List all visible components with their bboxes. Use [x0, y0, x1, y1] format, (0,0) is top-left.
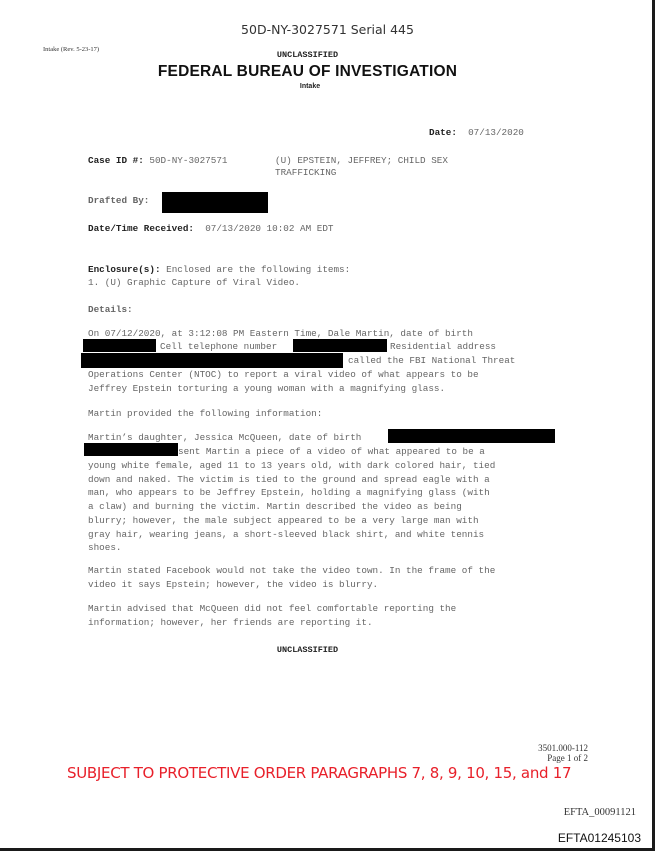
p2: Martin provided the following informatio…	[88, 408, 322, 419]
p4: Martin stated Facebook would not take th…	[88, 564, 568, 591]
enclosure-item: 1. (U) Graphic Capture of Viral Video.	[88, 277, 300, 288]
p5: Martin advised that McQueen did not feel…	[88, 602, 568, 629]
serial-number: 50D-NY-3027571 Serial 445	[0, 22, 655, 37]
redaction-daughter-dob	[388, 429, 555, 443]
received-field: Date/Time Received: 07/13/2020 10:02 AM …	[88, 223, 334, 234]
redaction-phone	[293, 339, 387, 352]
received-value: 07/13/2020 10:02 AM EDT	[205, 223, 333, 234]
p1-line5: Jeffrey Epstein torturing a young woman …	[88, 383, 445, 394]
received-label: Date/Time Received:	[88, 223, 194, 234]
case-title-line2: TRAFFICKING	[275, 167, 336, 178]
redaction-drafted-by	[162, 192, 268, 213]
form-type: Intake	[0, 83, 620, 90]
p3-line1: Martin’s daughter, Jessica McQueen, date…	[88, 432, 361, 443]
p3-line2: sent Martin a piece of a video of what a…	[178, 446, 485, 457]
drafted-by-label: Drafted By:	[88, 195, 149, 206]
p3-rest: young white female, aged 11 to 13 years …	[88, 459, 568, 555]
protective-order-notice: SUBJECT TO PROTECTIVE ORDER PARAGRAPHS 7…	[67, 764, 571, 782]
redaction-address	[81, 353, 343, 368]
case-title-line1: (U) EPSTEIN, JEFFREY; CHILD SEX	[275, 155, 448, 166]
agency-title: FEDERAL BUREAU OF INVESTIGATION	[0, 63, 615, 81]
form-code: 3501.000-112	[538, 743, 588, 753]
enclosures-label: Enclosure(s):	[88, 264, 161, 275]
bates-number-2: EFTA01245103	[558, 831, 641, 845]
date-label: Date:	[429, 127, 457, 138]
date-value: 07/13/2020	[468, 127, 524, 138]
p1-line3: called the FBI National Threat	[348, 355, 515, 366]
p1-line1: On 07/12/2020, at 3:12:08 PM Eastern Tim…	[88, 328, 473, 339]
p1-line2a: Cell telephone number	[160, 341, 277, 352]
case-id-field: Case ID #: 50D-NY-3027571	[88, 155, 228, 166]
case-id-label: Case ID #:	[88, 155, 144, 166]
enclosures-header: Enclosure(s): Enclosed are the following…	[88, 264, 350, 275]
classification-top: UNCLASSIFIED	[0, 50, 615, 60]
p1-line4: Operations Center (NTOC) to report a vir…	[88, 369, 479, 380]
p1-line2b: Residential address	[390, 341, 496, 352]
case-id-value: 50D-NY-3027571	[149, 155, 227, 166]
details-label: Details:	[88, 304, 133, 315]
document-page: 50D-NY-3027571 Serial 445 Intake (Rev. 5…	[0, 0, 655, 851]
date-field: Date: 07/13/2020	[429, 127, 524, 138]
bates-number-1: EFTA_00091121	[564, 807, 636, 818]
classification-bottom: UNCLASSIFIED	[0, 645, 615, 655]
form-code-block: 3501.000-112 Page 1 of 2	[538, 743, 588, 763]
redaction-dob	[83, 339, 156, 352]
page-number: Page 1 of 2	[538, 753, 588, 763]
enclosures-intro: Enclosed are the following items:	[161, 264, 351, 275]
redaction-daughter-info	[84, 443, 178, 456]
